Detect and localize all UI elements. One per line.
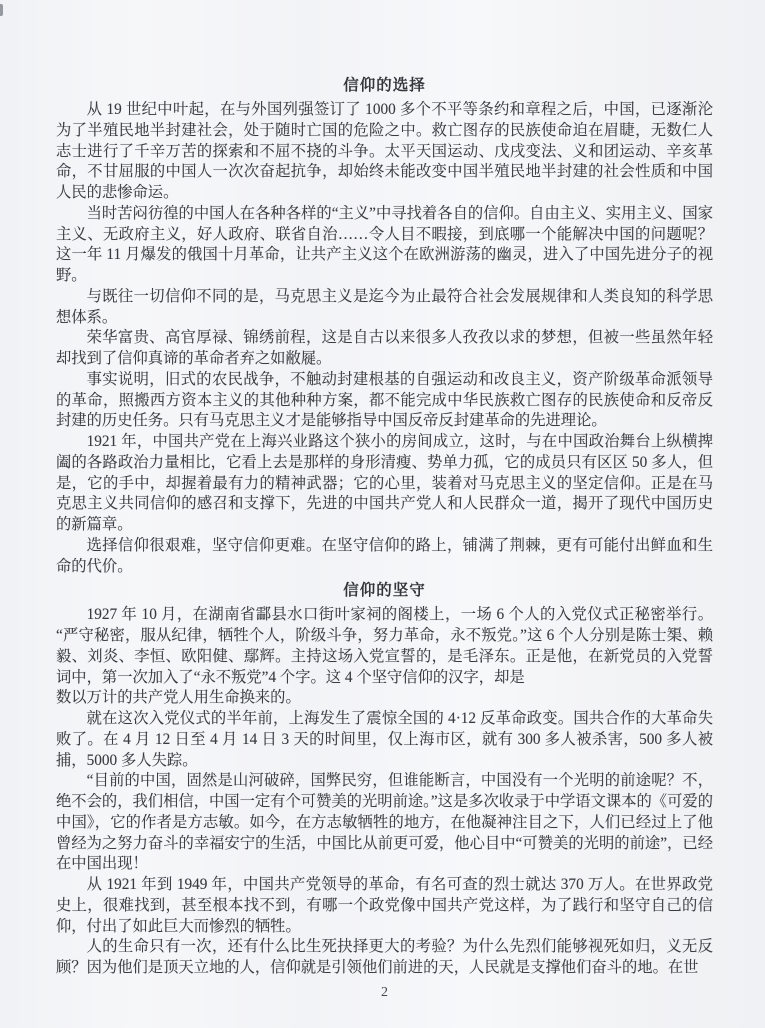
paragraph: 人的生命只有一次，还有什么比生死抉择更大的考验？为什么先烈们能够视死如归，义无反… <box>56 937 713 979</box>
paragraph: 从 1921 年到 1949 年，中国共产党领导的革命，有名可查的烈士就达 37… <box>56 875 713 937</box>
section-faith-perseverance: 信仰的坚守 1927 年 10 月，在湖南省酃县水口街叶家祠的阁楼上，一场 6 … <box>56 580 713 979</box>
paragraph: 1921 年，中国共产党在上海兴业路这个狭小的房间成立，这时，与在中国政治舞台上… <box>56 432 713 536</box>
scan-artifact-speck <box>0 4 3 16</box>
paragraph: 从 19 世纪中叶起，在与外国列强签订了 1000 多个不平等条约和章程之后，中… <box>56 100 713 204</box>
paragraph: 选择信仰很艰难，坚守信仰更难。在坚守信仰的路上，铺满了荆棘，更有可能付出鲜血和生… <box>56 536 713 578</box>
paragraph: “目前的中国，固然是山河破碎，国弊民穷，但谁能断言，中国没有一个光明的前途呢？不… <box>56 771 713 875</box>
paragraph: 荣华富贵、高官厚禄、锦绣前程，这是自古以来很多人孜孜以求的梦想，但被一些虽然年轻… <box>56 328 713 370</box>
paragraph: 就在这次入党仪式的半年前，上海发生了震惊全国的 4·12 反革命政变。国共合作的… <box>56 709 713 771</box>
paragraph-continuation: 数以万计的共产党人用生命换来的。 <box>56 688 713 709</box>
page-content: 信仰的选择 从 19 世纪中叶起，在与外国列强签订了 1000 多个不平等条约和… <box>56 72 713 1002</box>
paragraph: 1927 年 10 月，在湖南省酃县水口街叶家祠的阁楼上，一场 6 个人的入党仪… <box>56 605 713 688</box>
paragraph: 当时苦闷彷徨的中国人在各种各样的“主义”中寻找着各自的信仰。自由主义、实用主义、… <box>56 204 713 287</box>
paragraph: 事实说明，旧式的农民战争，不触动封建根基的自强运动和改良主义，资产阶级革命派领导… <box>56 370 713 432</box>
paragraph: 与既往一切信仰不同的是，马克思主义是迄今为止最符合社会发展规律和人类良知的科学思… <box>56 287 713 329</box>
section-faith-selection: 信仰的选择 从 19 世纪中叶起，在与外国列强签订了 1000 多个不平等条约和… <box>56 75 713 577</box>
section-heading-perseverance: 信仰的坚守 <box>56 580 713 602</box>
section-heading-selection: 信仰的选择 <box>56 75 713 97</box>
page-number: 2 <box>56 984 713 1002</box>
document-page: 信仰的选择 从 19 世纪中叶起，在与外国列强签订了 1000 多个不平等条约和… <box>0 0 765 1028</box>
